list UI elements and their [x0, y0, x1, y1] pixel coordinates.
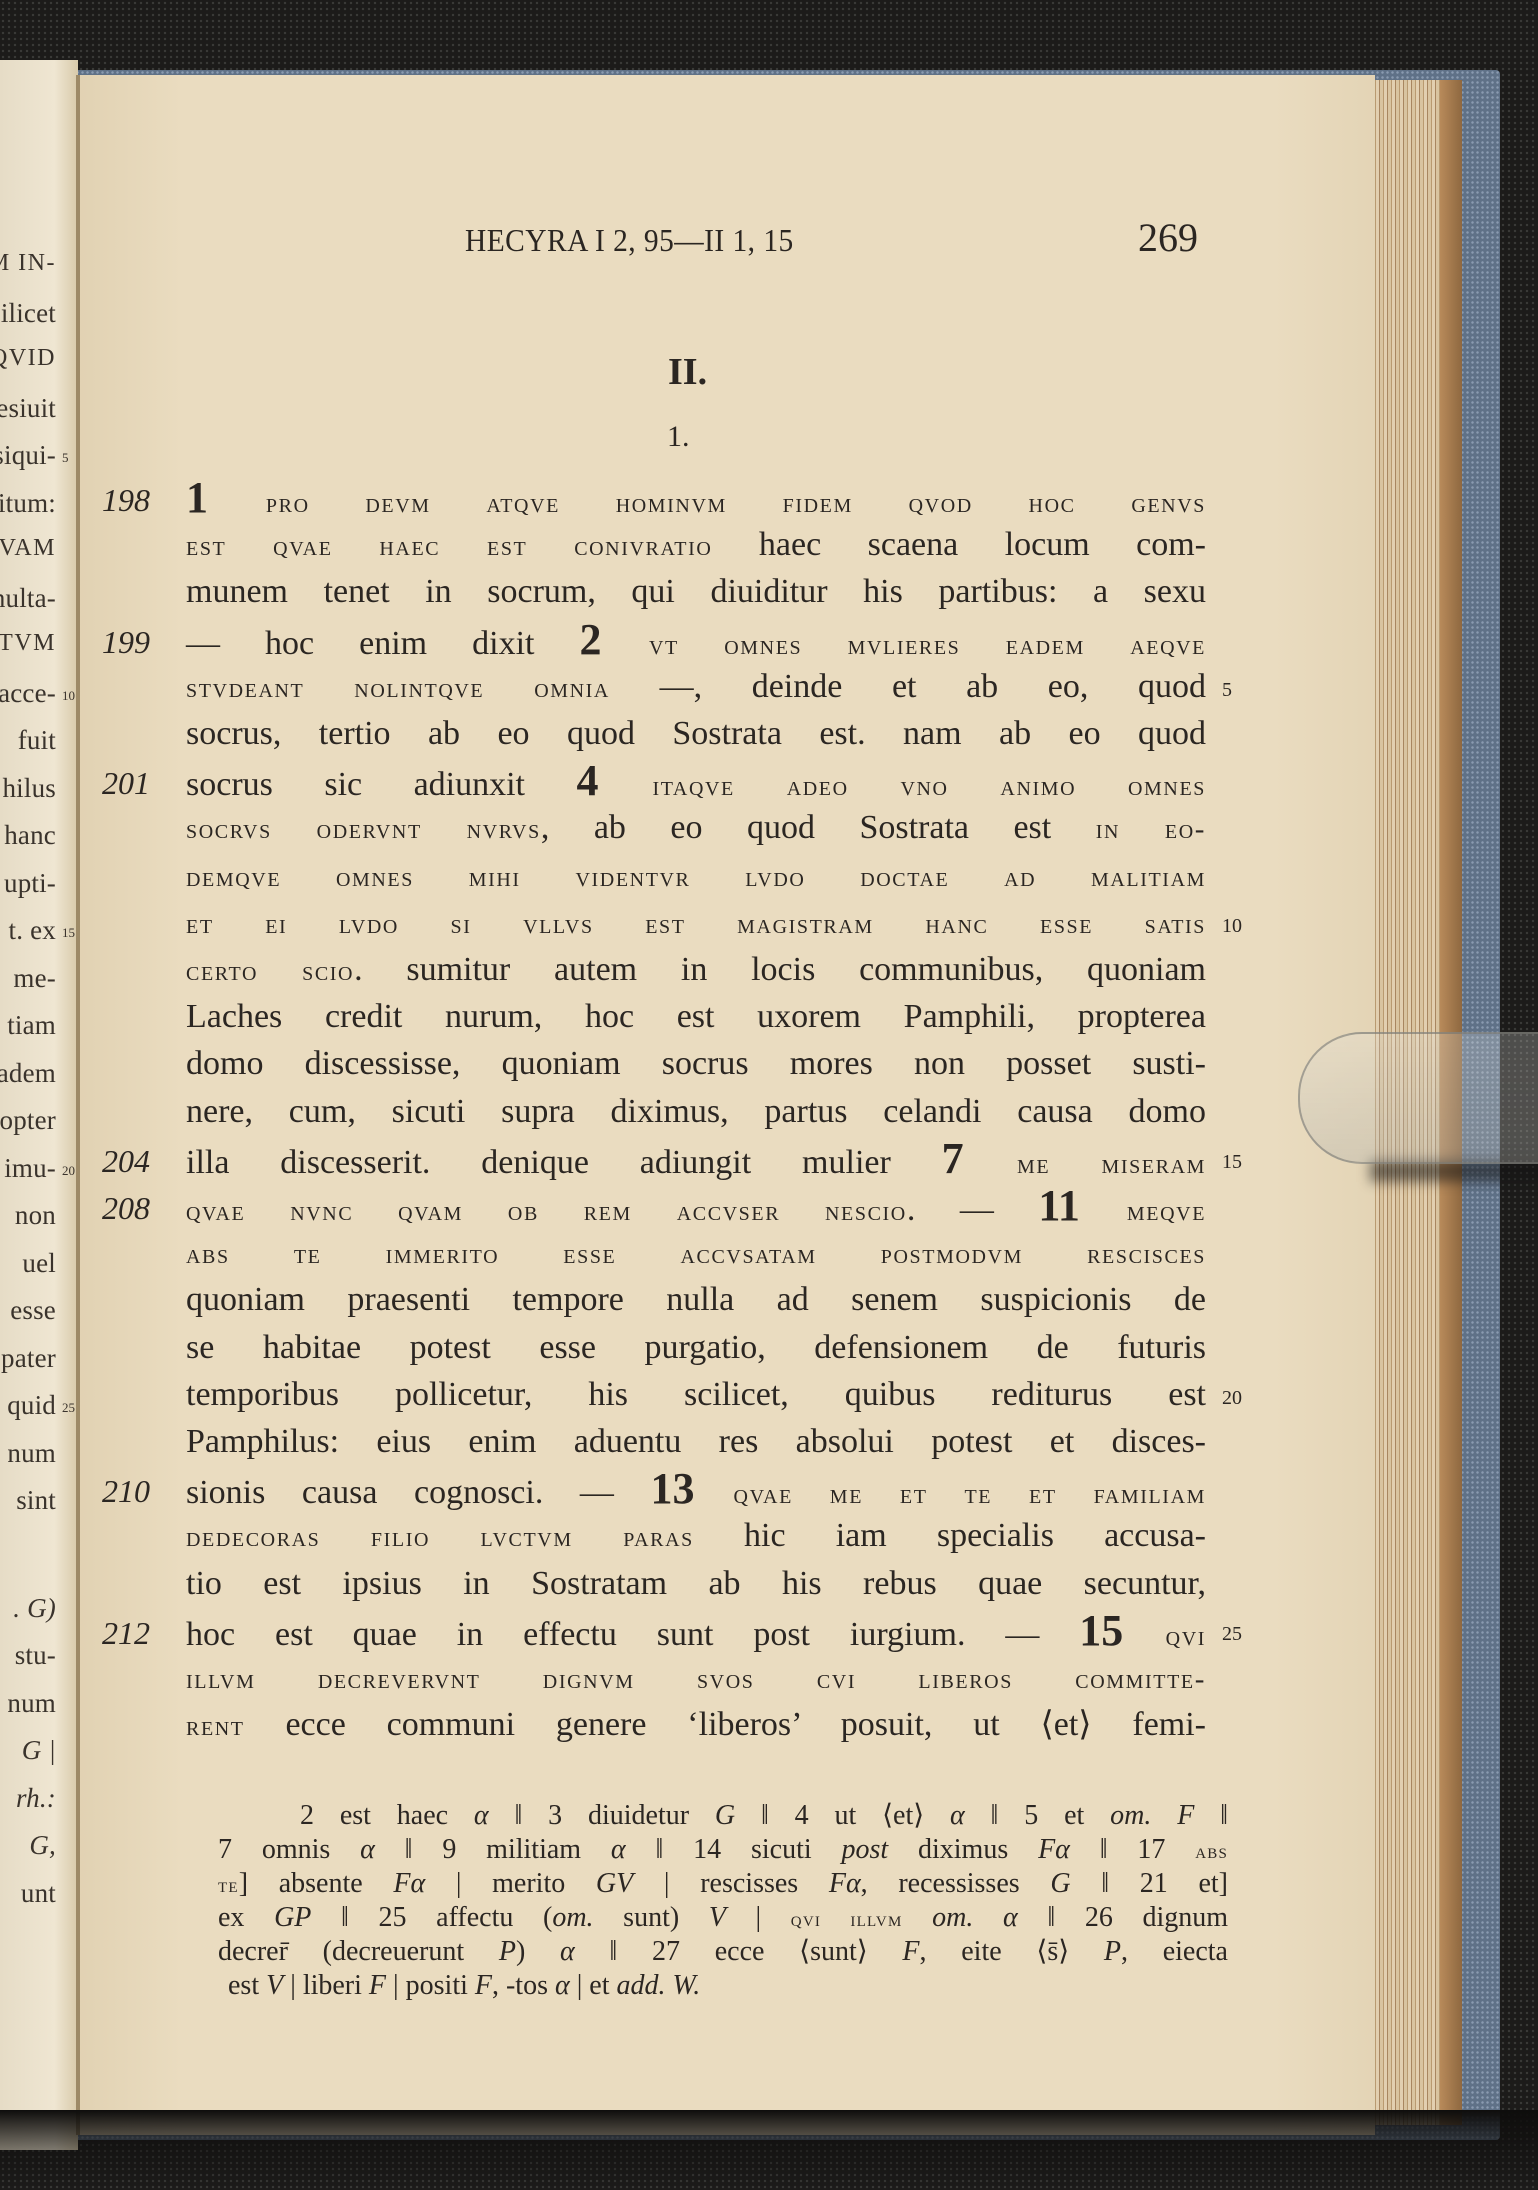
text-segment: P	[499, 1936, 516, 1967]
text-segment: α	[360, 1834, 375, 1865]
text-segment: ecce communi genere ‘liberos’ posuit, ut…	[245, 1706, 1206, 1743]
apparatus-line: 7 omnis α ‖ 9 militiam α ‖ 14 sicuti pos…	[218, 1834, 1228, 1867]
quoted-text: certo scio	[186, 955, 354, 987]
verse-number: 204	[102, 1143, 150, 1180]
quoted-text: socrvs odervnt nvrvs	[186, 813, 541, 845]
previous-page-line: quid	[7, 1390, 56, 1421]
previous-page-line-number: 20	[62, 1163, 75, 1179]
previous-page-line-number: 25	[62, 1400, 75, 1416]
text-segment: |	[726, 1902, 791, 1933]
previous-page-line: uel	[22, 1248, 56, 1279]
body-line: nere, cum, sicuti supra diximus, partus …	[186, 1092, 1206, 1132]
previous-page-line: upti-	[4, 868, 56, 899]
text-segment: Laches credit nurum, hoc est uxorem Pamp…	[186, 998, 1206, 1035]
lemma-number: 11	[1038, 1181, 1127, 1230]
text-segment: post	[841, 1834, 888, 1865]
text-segment: 2 est haec	[300, 1800, 474, 1831]
apparatus-line: 2 est haec α ‖ 3 diuidetur G ‖ 4 ut ⟨et⟩…	[300, 1800, 1228, 1832]
text-segment: α	[474, 1800, 489, 1831]
apparatus-line: ex GP ‖ 25 affectu (om. sunt) V | qvi il…	[218, 1902, 1228, 1935]
verse-number: 212	[102, 1615, 150, 1652]
body-line: illvm decrevervnt dignvm svos cvi libero…	[186, 1658, 1206, 1699]
previous-page-line: opter	[0, 1105, 56, 1136]
text-segment: tio est ipsius in Sostratam ab his rebus…	[186, 1565, 1206, 1602]
previous-page-line: siqui-	[0, 440, 56, 471]
body-line: qvae nvnc qvam ob rem accvser nescio. — …	[186, 1186, 1206, 1231]
quoted-text: meqve	[1127, 1195, 1206, 1227]
text-segment: P	[1104, 1936, 1121, 1967]
text-segment: α	[555, 1970, 570, 2001]
verse-number: 198	[102, 482, 150, 519]
text-segment: GP	[274, 1902, 311, 1933]
text-segment: se habitae potest esse purgatio, defensi…	[186, 1329, 1206, 1366]
quoted-text: illvm decrevervnt dignvm svos cvi libero…	[186, 1663, 1206, 1695]
quoted-text: demqve omnes mihi videntvr lvdo doctae a…	[186, 861, 1206, 893]
previous-page-line-number: 5	[62, 450, 69, 466]
quoted-text: me miseram	[1017, 1148, 1206, 1180]
apparatus-line: te] absente Fα | merito GV | rescisses F…	[218, 1868, 1228, 1901]
body-line: socrus sic adiunxit 4 itaqve adeo vno an…	[186, 761, 1206, 806]
previous-page-line: QVID	[0, 345, 56, 372]
quoted-text: qvi	[1166, 1620, 1206, 1652]
text-segment: Pamphilus: eius enim aduentu res absolui…	[186, 1423, 1206, 1460]
quoted-text: in eo-	[1096, 813, 1206, 845]
text-segment: ‖ 4 ut ⟨et⟩	[735, 1800, 950, 1831]
apparatus-line: decrer̄ (decreuerunt P) α ‖ 27 ecce ⟨sun…	[218, 1936, 1228, 1968]
body-line: se habitae potest esse purgatio, defensi…	[186, 1328, 1206, 1368]
body-line: tio est ipsius in Sostratam ab his rebus…	[186, 1564, 1206, 1604]
previous-page-line: rh.:	[16, 1783, 56, 1814]
previous-page-line: G |	[22, 1735, 56, 1766]
body-line: Laches credit nurum, hoc est uxorem Pamp…	[186, 997, 1206, 1037]
text-segment: hoc est quae in effectu sunt post iurgiu…	[186, 1616, 1079, 1653]
text-segment: , -tos	[492, 1970, 555, 2001]
quoted-text: stvdeant nolintqve omnia	[186, 672, 610, 704]
lemma-number: 4	[576, 756, 652, 805]
text-segment: om. α	[932, 1902, 1018, 1933]
quoted-text: dedecoras filio lvctvm paras	[186, 1521, 694, 1553]
margin-line-number: 10	[1222, 915, 1242, 938]
body-line: certo scio. sumitur autem in locis commu…	[186, 950, 1206, 991]
text-segment: α	[611, 1834, 626, 1865]
previous-page-line-number: 10	[62, 688, 75, 704]
text-segment: om.	[552, 1902, 593, 1933]
previous-page-line: sint	[16, 1485, 56, 1516]
text-segment: Fα	[1038, 1834, 1070, 1865]
text-segment: | liberi	[283, 1970, 369, 2001]
body-line: temporibus pollicetur, his scilicet, qui…	[186, 1375, 1206, 1415]
previous-page-line: QVAM	[0, 535, 56, 562]
text-segment: V	[266, 1970, 283, 2001]
text-segment: , eiecta	[1121, 1936, 1228, 1967]
text-segment: ‖ 27 ecce ⟨sunt⟩	[575, 1936, 903, 1967]
body-line: rent ecce communi genere ‘liberos’ posui…	[186, 1705, 1206, 1746]
text-segment: diximus	[888, 1834, 1038, 1865]
text-segment: α	[950, 1800, 965, 1831]
previous-page-line: fuit	[18, 725, 56, 756]
previous-page-line: num	[7, 1438, 56, 1469]
text-segment: , recessisses	[861, 1868, 1051, 1899]
text-segment: | merito	[425, 1868, 596, 1899]
previous-page-line: M IN-	[0, 250, 56, 277]
previous-page-line-number: 15	[62, 925, 75, 941]
lemma-number: 1	[186, 473, 266, 522]
text-segment: α	[560, 1936, 575, 1967]
text-segment: ] absente	[239, 1868, 394, 1899]
body-line: socrvs odervnt nvrvs, ab eo quod Sostrat…	[186, 808, 1206, 849]
text-segment: F	[369, 1970, 386, 2001]
previous-page-line: hilus	[2, 773, 56, 804]
previous-page-line: esse	[10, 1295, 56, 1326]
text-segment: | rescisses	[633, 1868, 829, 1899]
text-segment: temporibus pollicetur, his scilicet, qui…	[186, 1376, 1206, 1413]
previous-page-line: hanc	[4, 820, 56, 851]
text-segment: 7 omnis	[218, 1834, 360, 1865]
body-line: demqve omnes mihi videntvr lvdo doctae a…	[186, 856, 1206, 897]
text-segment: )	[516, 1936, 560, 1967]
text-segment: sionis causa cognosci. —	[186, 1474, 650, 1511]
text-segment: , eite ⟨s̄⟩	[920, 1936, 1104, 1967]
body-line: 1 pro devm atqve hominvm fidem qvod hoc …	[186, 478, 1206, 523]
margin-line-number: 20	[1222, 1387, 1242, 1410]
text-segment: —, deinde et ab eo, quod	[610, 668, 1206, 705]
body-line: est qvae haec est conivratio haec scaena…	[186, 525, 1206, 566]
previous-page-line: t. ex	[9, 915, 57, 946]
text-segment: om. F	[1110, 1800, 1194, 1831]
text-segment: ex	[218, 1902, 274, 1933]
quoted-text: qvae nvnc qvam ob rem accvser nescio	[186, 1195, 907, 1227]
text-segment: GV	[596, 1868, 633, 1899]
previous-page-line: esiuit	[0, 393, 56, 424]
previous-page-line: G,	[29, 1830, 56, 1861]
margin-line-number: 15	[1222, 1151, 1242, 1174]
quoted-text: vt omnes mvlieres eadem aeqve	[649, 629, 1206, 661]
body-line: dedecoras filio lvctvm paras hic iam spe…	[186, 1516, 1206, 1557]
previous-page-line: non	[15, 1200, 56, 1231]
previous-page-line: nulta-	[0, 583, 56, 614]
body-line: illa discesserit. denique adiungit mulie…	[186, 1139, 1206, 1184]
quoted-text: itaqve adeo vno animo omnes	[652, 770, 1206, 802]
quoted-text: est qvae haec est conivratio	[186, 530, 712, 562]
text-segment: ‖ 21 et]	[1071, 1868, 1228, 1899]
quoted-text: qvae me et te et familiam	[734, 1478, 1206, 1510]
text-segment: quoniam praesenti tempore nulla ad senem…	[186, 1281, 1206, 1318]
previous-page-line: unt	[21, 1878, 56, 1909]
quoted-text: et ei lvdo si vllvs est magistram hanc e…	[186, 908, 1206, 940]
text-segment: . sumitur autem in locis communibus, quo…	[354, 951, 1206, 988]
text-segment: nere, cum, sicuti supra diximus, partus …	[186, 1093, 1206, 1130]
text-segment: Fα	[829, 1868, 861, 1899]
body-line: Pamphilus: eius enim aduentu res absolui…	[186, 1422, 1206, 1462]
text-segment: F	[902, 1936, 919, 1967]
previous-page-line: adem	[0, 1058, 56, 1089]
section-heading-arabic: 1.	[667, 420, 690, 454]
previous-page-line: me-	[13, 963, 56, 994]
previous-page-line: acce-	[0, 678, 56, 709]
margin-line-number: 5	[1222, 679, 1232, 702]
text-segment: ‖ 9 militiam	[375, 1834, 611, 1865]
text-segment: ‖ 26 dignum	[1018, 1902, 1228, 1933]
text-segment: , ab eo quod Sostrata est	[541, 809, 1096, 846]
quoted-text: qvi illvm	[791, 1906, 903, 1931]
text-segment: sunt)	[594, 1902, 709, 1933]
body-line: domo discessisse, quoniam socrus mores n…	[186, 1044, 1206, 1084]
previous-page-line: tiam	[7, 1010, 56, 1041]
verse-number: 210	[102, 1473, 150, 1510]
verse-number: 201	[102, 765, 150, 802]
verse-number: 208	[102, 1190, 150, 1227]
previous-page-fragment: M IN-cilicetQVIDesiuitsiqui-5itum:QVAMnu…	[0, 60, 78, 2150]
previous-page-line: ATVM	[0, 630, 56, 657]
body-line: et ei lvdo si vllvs est magistram hanc e…	[186, 903, 1206, 944]
text-segment: ‖ 14 sicuti	[626, 1834, 842, 1865]
text-segment: haec scaena locum com-	[712, 526, 1206, 563]
body-line: munem tenet in socrum, qui diuiditur his…	[186, 572, 1206, 612]
text-segment	[903, 1902, 933, 1933]
quoted-text: abs te immerito esse accvsatam postmodvm…	[186, 1238, 1206, 1270]
margin-line-number: 25	[1222, 1623, 1242, 1646]
body-line: abs te immerito esse accvsatam postmodvm…	[186, 1233, 1206, 1274]
text-segment: socrus sic adiunxit	[186, 766, 576, 803]
text-segment: | positi	[386, 1970, 475, 2001]
previous-page-line: pater	[1, 1343, 56, 1374]
quoted-text: pro devm atqve hominvm fidem qvod hoc ge…	[266, 487, 1206, 519]
text-segment: est	[228, 1970, 266, 2001]
text-segment: G	[715, 1800, 735, 1831]
previous-page-line: imu-	[4, 1153, 56, 1184]
previous-page-line: num	[7, 1688, 56, 1719]
lemma-number: 7	[942, 1134, 1017, 1183]
lemma-number: 15	[1079, 1606, 1165, 1655]
text-segment: illa discesserit. denique adiungit mulie…	[186, 1144, 942, 1181]
text-segment: F	[475, 1970, 492, 2001]
text-segment: V	[709, 1902, 726, 1933]
previous-page-line: stu-	[15, 1640, 56, 1671]
text-segment: decrer̄ (decreuerunt	[218, 1936, 499, 1967]
lemma-number: 2	[579, 615, 649, 664]
body-line: — hoc enim dixit 2 vt omnes mvlieres ead…	[186, 620, 1206, 665]
text-segment: ‖ 3 diuidetur	[489, 1800, 715, 1831]
quoted-text: te	[218, 1872, 239, 1897]
body-line: hoc est quae in effectu sunt post iurgiu…	[186, 1611, 1206, 1656]
text-segment: ‖ 25 affectu (	[311, 1902, 552, 1933]
text-segment: G	[1050, 1868, 1070, 1899]
quoted-text: abs	[1195, 1838, 1228, 1863]
lemma-number: 13	[650, 1464, 733, 1513]
previous-page-line: cilicet	[0, 298, 56, 329]
text-segment: — hoc enim dixit	[186, 625, 579, 662]
text-segment: domo discessisse, quoniam socrus mores n…	[186, 1045, 1206, 1082]
previous-page-line: itum:	[0, 488, 56, 519]
text-segment: Fα	[393, 1868, 425, 1899]
text-segment: ‖	[1194, 1800, 1228, 1831]
quoted-text: rent	[186, 1710, 245, 1742]
page-number: 269	[1138, 214, 1198, 261]
text-segment: hic iam specialis accusa-	[694, 1517, 1206, 1554]
body-line: stvdeant nolintqve omnia —, deinde et ab…	[186, 667, 1206, 708]
apparatus-line: est V | liberi F | positi F, -tos α | et…	[228, 1970, 1238, 2002]
text-segment: ‖ 5 et	[965, 1800, 1110, 1831]
body-line: socrus, tertio ab eo quod Sostrata est. …	[186, 714, 1206, 754]
running-head: HECYRA I 2, 95—II 1, 15	[465, 222, 794, 259]
text-segment: . —	[907, 1191, 1039, 1228]
text-segment: ‖ 17	[1070, 1834, 1195, 1865]
body-line: sionis causa cognosci. — 13 qvae me et t…	[186, 1469, 1206, 1514]
previous-page-line: . G)	[13, 1593, 56, 1624]
text-segment: | et	[570, 1970, 617, 2001]
text-segment: munem tenet in socrum, qui diuiditur his…	[186, 573, 1206, 610]
bottom-shadow	[0, 2110, 1538, 2190]
page-holder-clip	[1298, 1032, 1538, 1164]
text-segment: socrus, tertio ab eo quod Sostrata est. …	[186, 715, 1206, 752]
text-segment: add. W.	[617, 1970, 701, 2001]
verse-number: 199	[102, 624, 150, 661]
section-heading-roman: II.	[668, 350, 707, 394]
body-line: quoniam praesenti tempore nulla ad senem…	[186, 1280, 1206, 1320]
